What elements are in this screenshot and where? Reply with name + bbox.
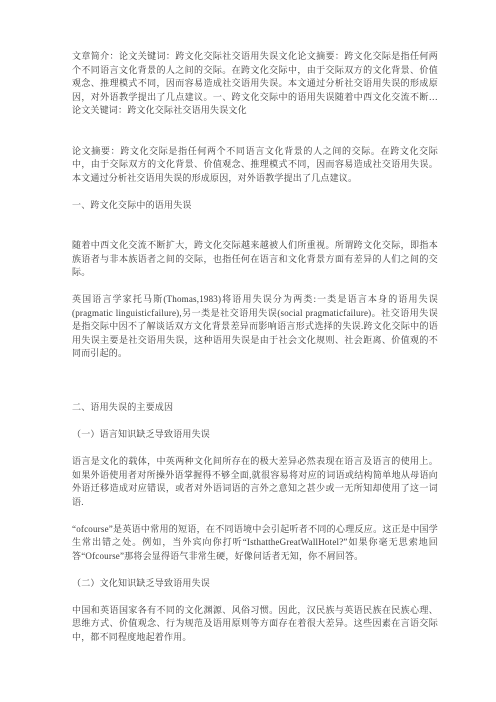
- article-paragraph: 英国语言学家托马斯(Thomas,1983)将语用失误分为两类:一类是语言本身的…: [72, 293, 438, 361]
- section-heading: （二）文化知识缺乏导致语用失误: [72, 577, 438, 591]
- article-body: 文章简介：论文关键词：跨文化交际社交语用失误文化论文摘要：跨文化交际是指任何两个…: [72, 50, 438, 644]
- article-paragraph: 语言是文化的载体，中英两种文化间所存在的极大差异必然表现在语言及语言的使用上。如…: [72, 455, 438, 509]
- article-paragraph: 随着中西文化交流不断扩大，跨文化交际越来越被人们所重视。所谓跨文化交际，即指本族…: [72, 239, 438, 280]
- article-paragraph: 文章简介：论文关键词：跨文化交际社交语用失误文化论文摘要：跨文化交际是指任何两个…: [72, 50, 438, 118]
- section-heading: （一）语言知识缺乏导致语用失误: [72, 428, 438, 442]
- document-page: 文章简介：论文关键词：跨文化交际社交语用失误文化论文摘要：跨文化交际是指任何两个…: [0, 0, 496, 702]
- section-heading: 二、语用失误的主要成因: [72, 401, 438, 415]
- section-heading: 一、跨文化交际中的语用失误: [72, 199, 438, 213]
- article-paragraph: 论文摘要：跨文化交际是指任何两个不同语言文化背景的人之间的交际。在跨文化交际中，…: [72, 145, 438, 186]
- article-paragraph: 中国和英语国家各有不同的文化渊源、风俗习惯。因此，汉民族与英语民族在民族心理、思…: [72, 604, 438, 645]
- article-paragraph: “ofcourse”是英语中常用的短语，在不同语境中会引起听者不同的心理反应。这…: [72, 523, 438, 564]
